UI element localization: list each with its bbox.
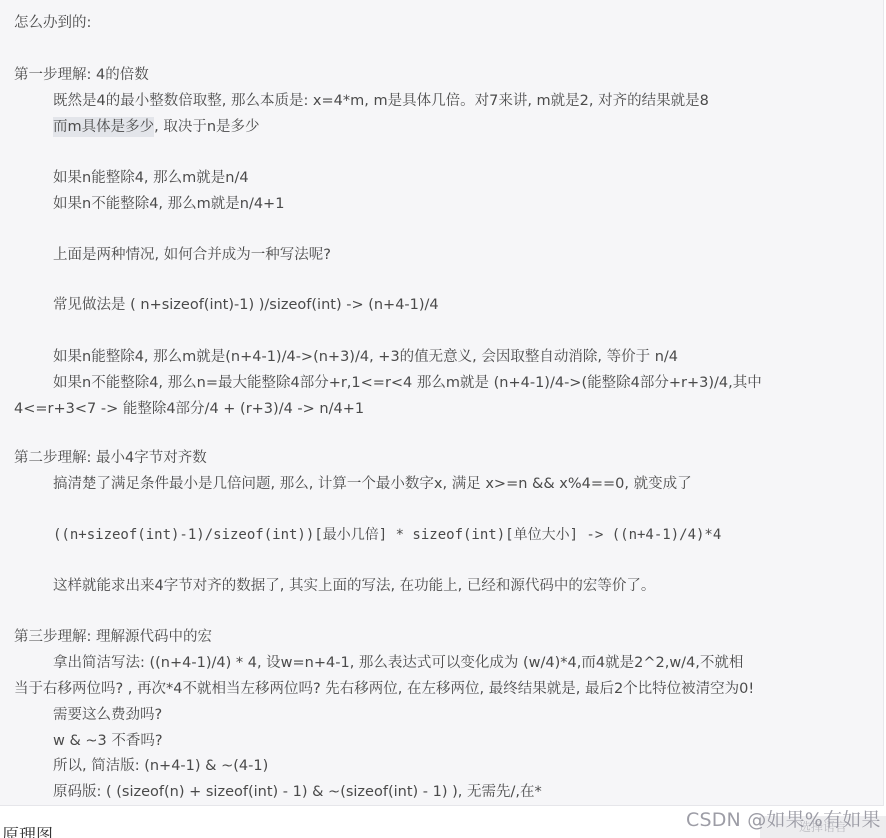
- step1-line-2: 而m具体是多少, 取决于n是多少: [53, 116, 260, 138]
- step3-line-2: 当于右移两位吗? , 再次*4不就相当左移两位吗? 先右移两位, 在左移两位, …: [14, 678, 754, 700]
- next-section-heading: 原理图: [2, 826, 53, 838]
- step3-line-5: 所以, 简洁版: (n+4-1) & ~(4-1): [53, 755, 268, 777]
- step3-line-1: 拿出简洁写法: ((n+4-1)/4) * 4, 设w=n+4-1, 那么表达式…: [53, 652, 743, 674]
- step2-line-3: 这样就能求出来4字节对齐的数据了, 其实上面的写法, 在功能上, 已经和源代码中…: [53, 575, 655, 597]
- step3-line-3: 需要这么费劲吗?: [53, 704, 162, 726]
- code-block: 怎么办到的: 第一步理解: 4的倍数 既然是4的最小整数倍取整, 那么本质是: …: [0, 0, 884, 806]
- step1-line-5: 上面是两种情况, 如何合并成为一种写法呢?: [53, 244, 331, 266]
- step1-line-9: 4<=r+3<7 -> 能整除4部分/4 + (r+3)/4 -> n/4+1: [14, 398, 364, 420]
- step2-heading: 第二步理解: 最小4字节对齐数: [14, 447, 207, 469]
- step1-line-2-rest: , 取决于n是多少: [154, 119, 259, 135]
- step1-line-4: 如果n不能整除4, 那么m就是n/4+1: [53, 193, 284, 215]
- step3-line-6: 原码版: ( (sizeof(n) + sizeof(int) - 1) & ~…: [53, 781, 542, 803]
- step1-heading: 第一步理解: 4的倍数: [14, 64, 149, 86]
- step1-line-8: 如果n不能整除4, 那么n=最大能整除4部分+r,1<=r<4 那么m就是 (n…: [53, 372, 762, 394]
- step1-line-3: 如果n能整除4, 那么m就是n/4: [53, 167, 249, 189]
- step1-line-7: 如果n能整除4, 那么m就是(n+4-1)/4->(n+3)/4, +3的值无意…: [53, 346, 678, 368]
- step3-heading: 第三步理解: 理解源代码中的宏: [14, 626, 212, 648]
- step1-line-6: 常见做法是 ( n+sizeof(int)-1) )/sizeof(int) -…: [53, 294, 439, 316]
- step2-line-1: 搞清楚了满足条件最小是几倍问题, 那么, 计算一个最小数字x, 满足 x>=n …: [53, 473, 692, 495]
- intro-title: 怎么办到的:: [14, 12, 91, 34]
- step3-line-4: w & ~3 不香吗?: [53, 730, 163, 752]
- csdn-watermark: CSDN @如果%有如果: [686, 806, 881, 834]
- step2-line-2: ((n+sizeof(int)-1)/sizeof(int))[最小几倍] * …: [53, 524, 721, 546]
- selected-text-highlight[interactable]: 而m具体是多少: [53, 117, 154, 137]
- step1-line-1: 既然是4的最小整数倍取整, 那么本质是: x=4*m, m是具体几倍。对7来讲,…: [53, 90, 709, 112]
